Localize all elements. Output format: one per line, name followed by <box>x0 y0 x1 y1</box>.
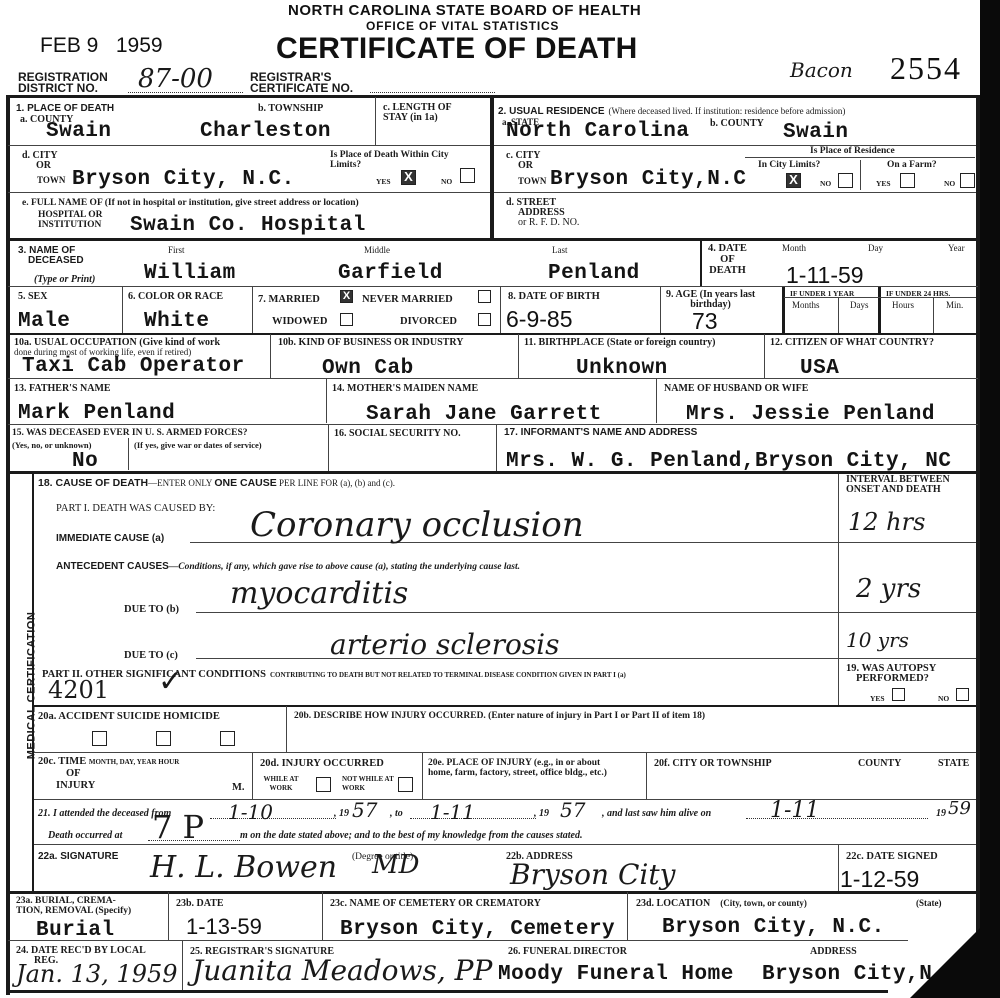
residence-city-field[interactable]: Bryson City,N.C <box>550 168 747 191</box>
town-label: TOWN <box>37 175 65 186</box>
antecedent-causes-label: ANTECEDENT CAUSES—Conditions, if any, wh… <box>56 556 520 574</box>
checkmark-icon: ✓ <box>158 664 183 699</box>
within-limits-no-checkbox[interactable] <box>460 168 475 183</box>
physician-degree[interactable]: MD <box>372 850 419 880</box>
file-note: Bacon <box>790 58 853 82</box>
father-name-field[interactable]: Mark Penland <box>18 402 175 425</box>
due-to-c-field[interactable]: arterio sclerosis <box>330 628 560 661</box>
date-of-death-field[interactable]: 1-11-59 <box>786 262 864 289</box>
due-to-c-interval-field[interactable]: 10 yrs <box>846 628 909 652</box>
hospital-field[interactable]: Swain Co. Hospital <box>130 214 366 237</box>
residence-state-field[interactable]: North Carolina <box>506 120 689 143</box>
part-2-label: PART II. OTHER SIGNIFICANT CONDITIONS CO… <box>42 664 626 682</box>
scan-edge <box>980 0 1000 998</box>
cause-of-death-header: 18. CAUSE OF DEATH—ENTER ONLY ONE CAUSE … <box>38 478 395 489</box>
cemetery-field[interactable]: Bryson City, Cemetery <box>340 918 615 941</box>
autopsy-no-checkbox[interactable] <box>956 688 969 701</box>
registration-district-value: 87-00 <box>138 64 213 94</box>
autopsy-yes-checkbox[interactable] <box>892 688 905 701</box>
attended-year-1-field[interactable]: 57 <box>352 798 377 822</box>
residence-farm-yes-checkbox[interactable] <box>900 173 915 188</box>
armed-forces-field[interactable]: No <box>72 450 98 473</box>
township-label: b. TOWNSHIP <box>258 103 323 114</box>
homicide-checkbox[interactable] <box>220 731 235 746</box>
file-number: 2554 <box>890 50 962 87</box>
mother-name-field[interactable]: Sarah Jane Garrett <box>366 403 602 426</box>
death-city-field[interactable]: Bryson City, N.C. <box>72 168 295 191</box>
married-checkbox[interactable]: X <box>340 290 353 303</box>
disposition-field[interactable]: Burial <box>36 919 115 942</box>
scan-corner <box>910 908 1000 998</box>
while-at-work-checkbox[interactable] <box>316 777 331 792</box>
occupation-field[interactable]: Taxi Cab Operator <box>22 355 245 378</box>
due-to-b-interval-field[interactable]: 2 yrs <box>856 574 921 604</box>
place-of-residence-label: Is Place of Residence <box>810 146 895 157</box>
burial-location-field[interactable]: Bryson City, N.C. <box>662 916 885 939</box>
residence-county-label: b. COUNTY <box>710 118 764 129</box>
date-of-death-label: 4. DATEOFDEATH <box>708 243 747 276</box>
within-limits-yes-checkbox[interactable]: X <box>401 170 416 185</box>
physician-signature[interactable]: H. L. Bowen <box>150 850 337 885</box>
part-2-code-field[interactable]: 4201 <box>48 676 109 704</box>
death-county-field[interactable]: Swain <box>46 120 112 143</box>
deceased-name-label: 3. NAME OF DECEASED <box>18 246 84 266</box>
citizen-field[interactable]: USA <box>800 357 839 380</box>
first-name-field[interactable]: William <box>144 262 236 285</box>
residence-farm-no-checkbox[interactable] <box>960 173 975 188</box>
widowed-checkbox[interactable] <box>340 313 353 326</box>
race-field[interactable]: White <box>144 310 210 333</box>
burial-date-field[interactable]: 1-13-59 <box>186 914 262 940</box>
middle-name-field[interactable]: Garfield <box>338 262 443 285</box>
length-of-stay-label: c. LENGTH OFSTAY (in 1a) <box>383 103 452 123</box>
business-field[interactable]: Own Cab <box>322 357 414 380</box>
sex-field[interactable]: Male <box>18 310 70 333</box>
within-limits-label: Is Place of Death Within CityLimits? <box>330 150 449 170</box>
age-field[interactable]: 73 <box>692 308 718 335</box>
residence-in-city-no-checkbox[interactable] <box>838 173 853 188</box>
spouse-name-field[interactable]: Mrs. Jessie Penland <box>686 403 935 426</box>
usual-residence-label: 2. USUAL RESIDENCE (Where deceased lived… <box>498 101 845 119</box>
date-of-birth-field[interactable]: 6-9-85 <box>506 306 572 333</box>
attended-from-field[interactable]: 1-10 <box>228 800 273 824</box>
informant-field[interactable]: Mrs. W. G. Penland,Bryson City, NC <box>506 450 951 473</box>
residence-in-city-yes-checkbox[interactable]: X <box>786 173 801 188</box>
death-time-field[interactable]: 7 P <box>152 808 204 846</box>
received-stamp: FEB 9 1959 <box>40 34 163 58</box>
board-name: NORTH CAROLINA STATE BOARD OF HEALTH <box>288 2 641 19</box>
last-saw-field[interactable]: 1-11 <box>770 798 819 823</box>
last-name-field[interactable]: Penland <box>548 262 640 285</box>
never-married-checkbox[interactable] <box>478 290 491 303</box>
registrar-certificate-label: REGISTRAR'S CERTIFICATE NO. <box>250 72 353 94</box>
page-title: CERTIFICATE OF DEATH <box>276 32 638 66</box>
place-of-death-label: 1. PLACE OF DEATH <box>16 103 114 114</box>
registrar-signature[interactable]: Juanita Meadows, PP <box>192 954 492 987</box>
death-township-field[interactable]: Charleston <box>200 120 331 143</box>
last-saw-year-field[interactable]: 59 <box>948 798 971 819</box>
not-while-at-work-checkbox[interactable] <box>398 777 413 792</box>
city-label: d. CITY OR <box>22 151 58 171</box>
suicide-checkbox[interactable] <box>156 731 171 746</box>
funeral-address-field[interactable]: Bryson City,N <box>762 963 932 986</box>
date-signed-field[interactable]: 1-12-59 <box>840 866 919 893</box>
due-to-b-field[interactable]: myocarditis <box>230 576 408 611</box>
medical-certification-label: MEDICAL CERTIFICATION <box>27 596 38 776</box>
hospital-label-2: HOSPITAL ORINSTITUTION <box>38 210 103 230</box>
office-name: OFFICE OF VITAL STATISTICS <box>366 19 559 33</box>
attended-year-2-field[interactable]: 57 <box>560 798 585 822</box>
registration-district-label: REGISTRATION DISTRICT NO. <box>18 72 108 94</box>
accident-checkbox[interactable] <box>92 731 107 746</box>
birthplace-field[interactable]: Unknown <box>576 357 668 380</box>
divorced-checkbox[interactable] <box>478 313 491 326</box>
funeral-director-field[interactable]: Moody Funeral Home <box>498 963 734 986</box>
street-label: d. STREET ADDRESS or R. F. D. NO. <box>506 198 579 228</box>
immediate-interval-field[interactable]: 12 hrs <box>848 508 925 536</box>
interval-label: INTERVAL BETWEENONSET AND DEATH <box>846 475 950 495</box>
immediate-cause-field[interactable]: Coronary occlusion <box>250 505 584 545</box>
attended-to-field[interactable]: 1-11 <box>430 800 475 824</box>
date-received-field[interactable]: Jan. 13, 1959 <box>16 960 178 988</box>
residence-county-field[interactable]: Swain <box>783 121 849 144</box>
physician-address[interactable]: Bryson City <box>510 858 675 891</box>
hospital-label: e. FULL NAME OF (If not in hospital or i… <box>22 198 359 209</box>
